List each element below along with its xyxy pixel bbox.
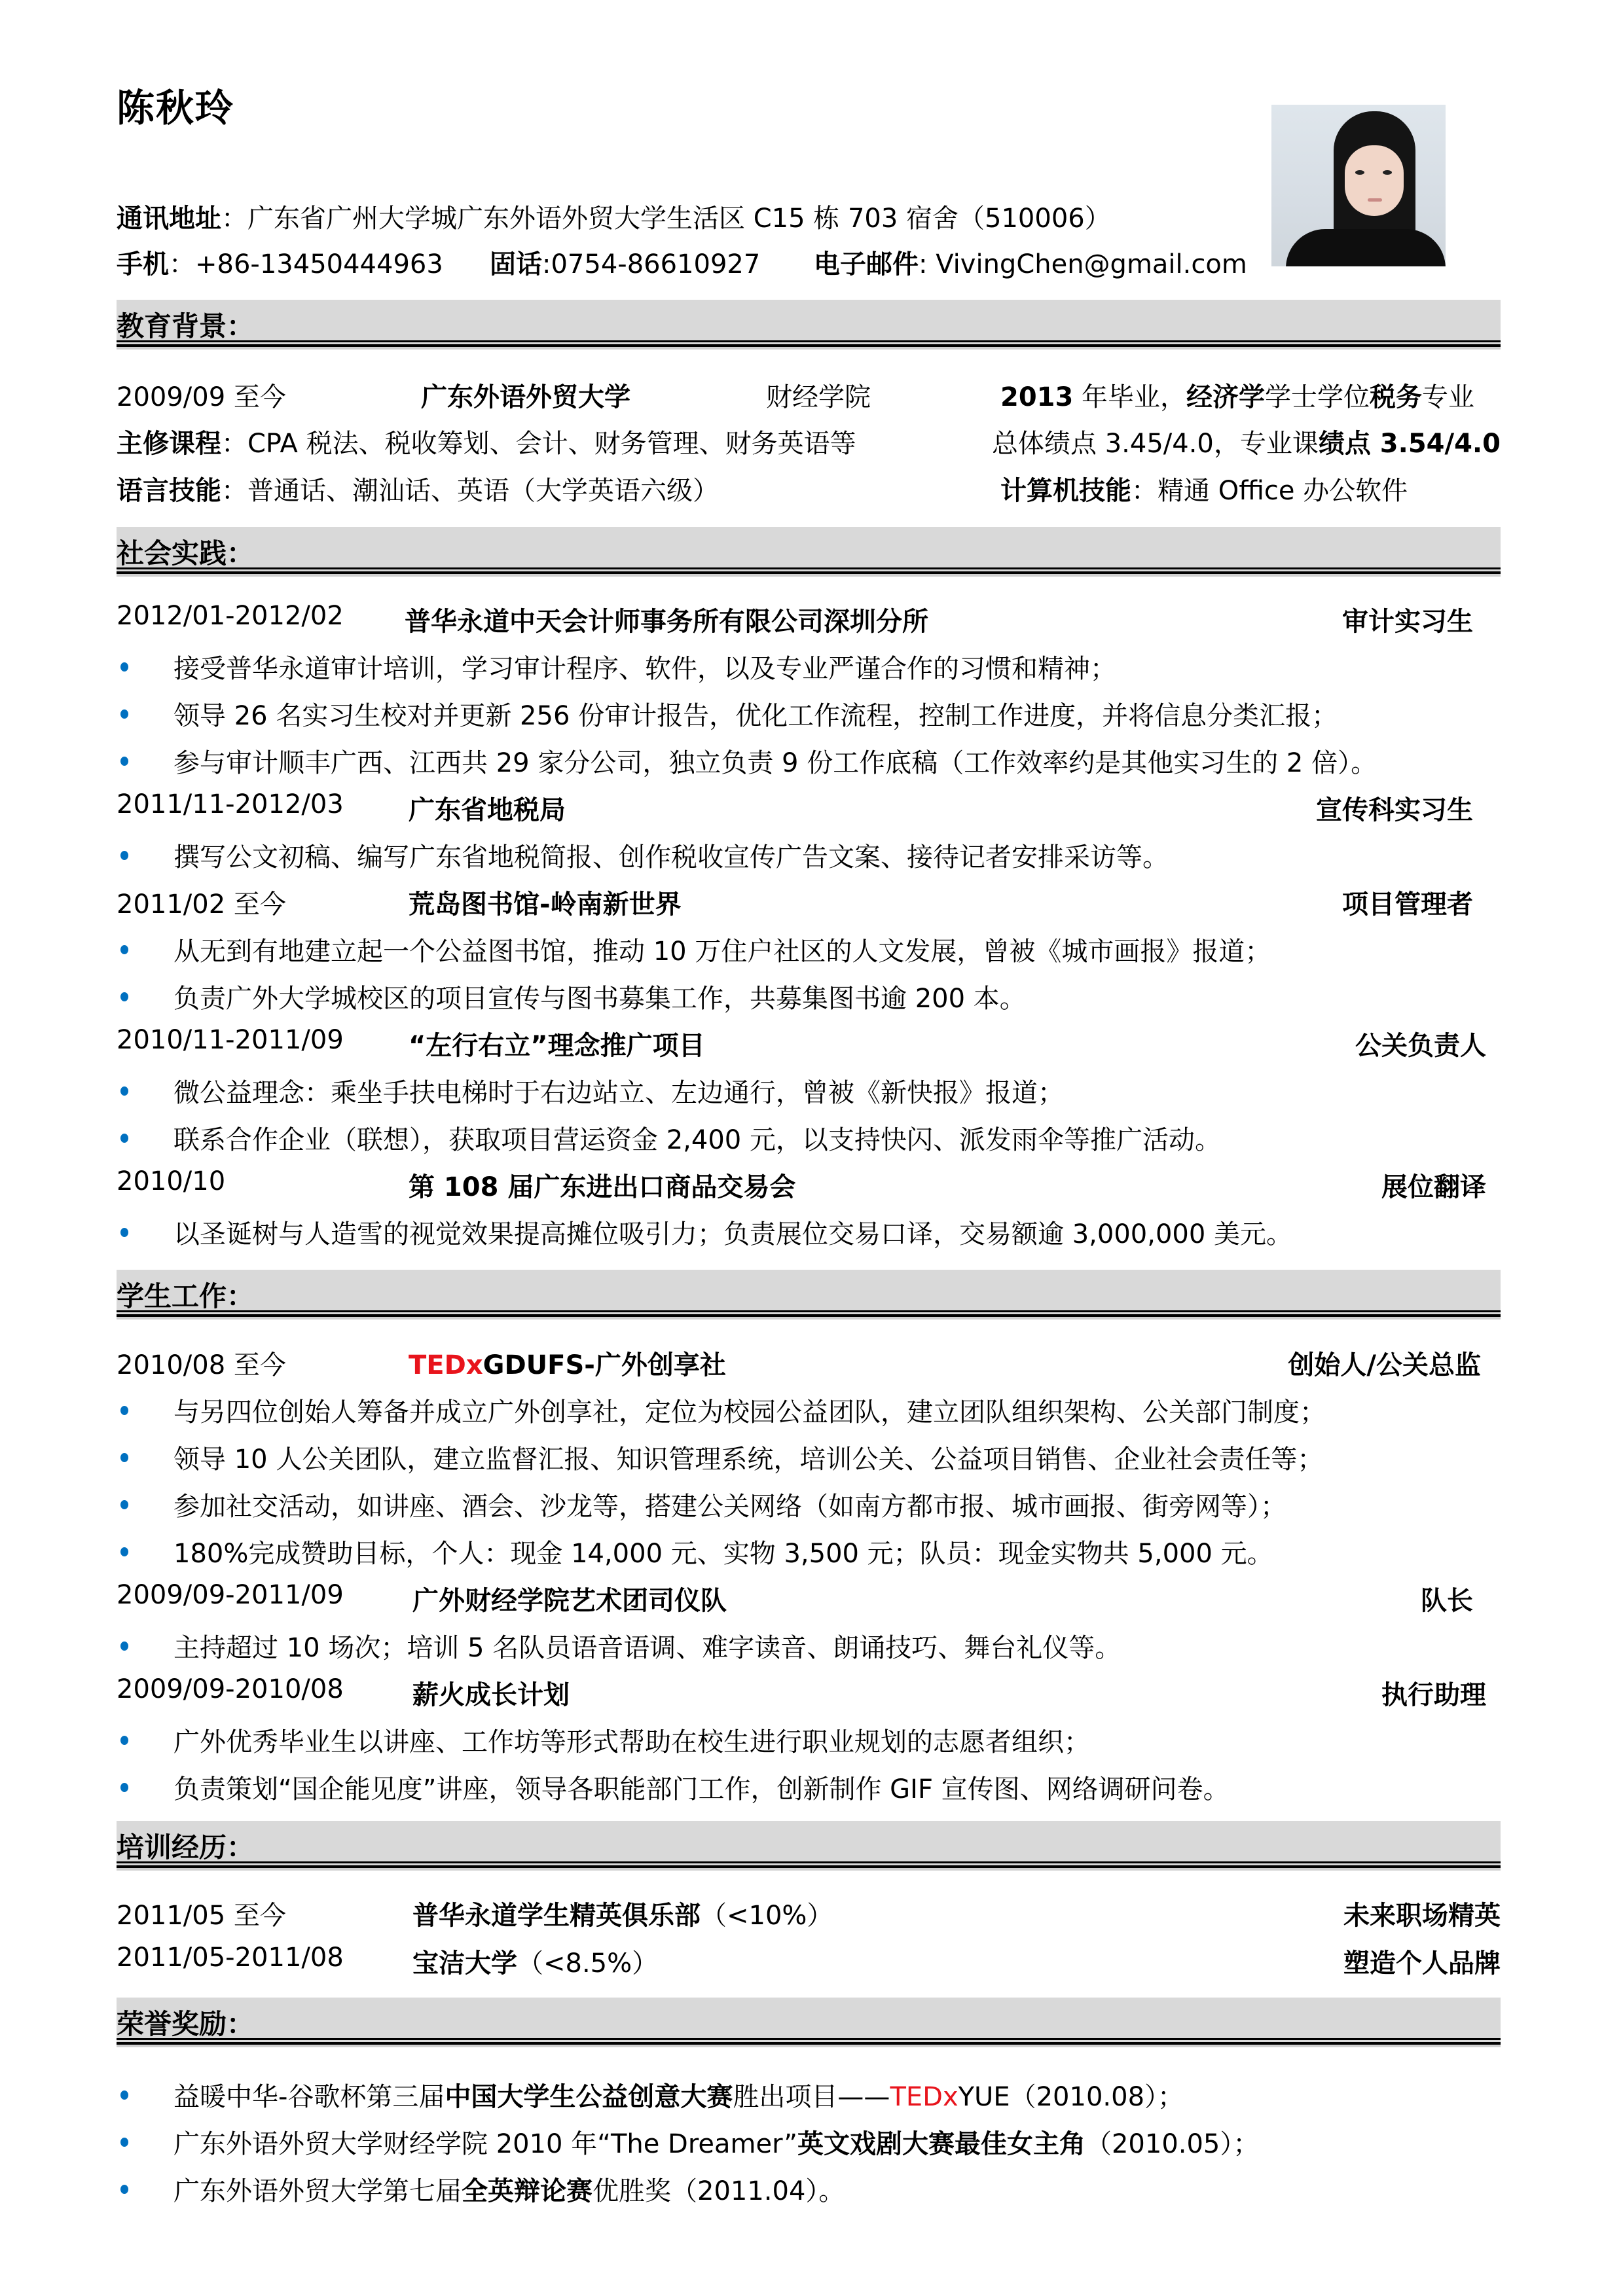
bullet-icon [120, 992, 128, 1001]
practice-entry: 2011/11-2012/03 广东省地税局 宣传科实习生 [117, 789, 1501, 826]
entry-role: 宣传科实习生 [1316, 789, 1473, 827]
entry-role: 执行助理 [1381, 1674, 1486, 1712]
bullet-text: 180%完成赞助目标，个人：现金 14,000 元、实物 3,500 元；队员：… [173, 1533, 1273, 1570]
section-title: 培训经历： [117, 1826, 254, 1865]
photo-mouth [1368, 198, 1382, 202]
mobile-value: ：+86-13450444963 [169, 249, 443, 279]
honor-text: 益暖中华-谷歌杯第三届中国大学生公益创意大赛胜出项目——TEDxYUE（2010… [173, 2076, 1184, 2113]
bullet-icon [120, 851, 128, 860]
gpa: 总体绩点 3.45/4.0，专业课绩点 3.54/4.0 [992, 423, 1501, 460]
entry-date: 2010/08 至今 [117, 1344, 286, 1382]
candidate-name: 陈秋玲 [117, 77, 234, 132]
entry-role: 创始人/公关总监 [1288, 1344, 1481, 1382]
org-name: GDUFS-广外创享社 [483, 1350, 726, 1380]
org-note: （<8.5%） [517, 1948, 658, 1979]
org-note: （<10%） [701, 1901, 833, 1931]
section-title: 教育背景： [117, 305, 254, 344]
entry-date: 2010/10 [117, 1166, 225, 1196]
grad-text: 年毕业， [1073, 382, 1186, 412]
org-name: 普华永道学生精英俱乐部 [412, 1901, 701, 1931]
bullet-text: 参加社交活动，如讲座、酒会、沙龙等，搭建公关网络（如南方都市报、城市画报、街旁网… [173, 1486, 1286, 1523]
major-suffix: 专业 [1422, 382, 1474, 412]
section-divider [117, 567, 1501, 577]
entry-role: 队长 [1421, 1580, 1473, 1617]
email: 电子邮件: VivingChen@gmail.com [814, 243, 1247, 281]
honor-post: YUE（2010.08）； [958, 2082, 1184, 2112]
honor-post: （2010.05）； [1085, 2129, 1259, 2159]
edu-degree: 2013 年毕业，经济学学士学位税务专业 [1000, 376, 1474, 414]
training-entry: 2011/05-2011/08 宝洁大学（<8.5%） 塑造个人品牌 [117, 1943, 1501, 1979]
honor-text: 广东外语外贸大学财经学院 2010 年“The Dreamer”英文戏剧大赛最佳… [173, 2123, 1259, 2161]
bullet-icon [120, 1547, 128, 1556]
address-line: 通讯地址：广东省广州大学城广东外语外贸大学生活区 C15 栋 703 宿舍（51… [117, 198, 1111, 235]
gpa-major: 绩点 3.54/4.0 [1319, 429, 1501, 459]
entry-org: 普华永道学生精英俱乐部（<10%） [412, 1895, 833, 1932]
entry-org: “左行右立”理念推广项目 [409, 1025, 705, 1062]
email-value[interactable]: : VivingChen@gmail.com [919, 249, 1247, 279]
honor-text: 广东外语外贸大学第七届全英辩论赛优胜奖（2011.04）。 [173, 2170, 845, 2208]
section-practice: 社会实践： [117, 527, 1501, 567]
address-value: ：广东省广州大学城广东外语外贸大学生活区 C15 栋 703 宿舍（510006… [221, 204, 1111, 234]
section-student-work: 学生工作： [117, 1270, 1501, 1310]
mobile-label: 手机 [117, 249, 169, 279]
bullet-text: 参与审计顺丰广西、江西共 29 家分公司，独立负责 9 份工作底稿（工作效率约是… [173, 742, 1377, 780]
honor-award: 英文戏剧大赛最佳女主角 [797, 2129, 1085, 2159]
bullet-text: 微公益理念：乘坐手扶电梯时于右边站立、左边通行，曾被《新快报》报道； [173, 1072, 1064, 1109]
bullet-icon [120, 1453, 128, 1462]
bullet-text: 广外优秀毕业生以讲座、工作坊等形式帮助在校生进行职业规划的志愿者组织； [173, 1721, 1090, 1759]
bullet-text: 与另四位创始人筹备并成立广外创享社，定位为校园公益团队，建立团队组织架构、公关部… [173, 1391, 1326, 1429]
bullet-icon [120, 1406, 128, 1415]
section-divider [117, 1861, 1501, 1871]
bullet-icon [120, 1500, 128, 1509]
bullet-text: 从无到有地建立起一个公益图书馆，推动 10 万住户社区的人文发展，曾被《城市画报… [173, 931, 1271, 968]
honor-award: 全英辩论赛 [462, 2176, 593, 2206]
student-entry: 2009/09-2011/09 广外财经学院艺术团司仪队 队长 [117, 1580, 1501, 1617]
org-name: 宝洁大学 [412, 1948, 517, 1979]
computer-skills: 计算机技能：精通 Office 办公软件 [1000, 470, 1408, 507]
entry-role: 项目管理者 [1342, 884, 1473, 921]
entry-org: 普华永道中天会计师事务所有限公司深圳分所 [405, 601, 928, 638]
skills-row: 语言技能：普通话、潮汕话、英语（大学英语六级） 计算机技能：精通 Office … [117, 470, 1501, 507]
entry-date: 2009/09-2011/09 [117, 1580, 344, 1610]
language-skills: 语言技能：普通话、潮汕话、英语（大学英语六级） [117, 470, 719, 507]
practice-entry: 2010/10 第 108 届广东进出口商品交易会 展位翻译 [117, 1166, 1501, 1203]
courses-value: ：CPA 税法、税收筹划、会计、财务管理、财务英语等 [221, 429, 856, 459]
bullet-text: 领导 10 人公关团队，建立监督汇报、知识管理系统，培训公关、公益项目销售、企业… [173, 1439, 1323, 1476]
bullet-text: 负责策划“国企能见度”讲座，领导各职能部门工作，创新制作 GIF 宣传图、网络调… [173, 1768, 1230, 1806]
bullet-icon [120, 945, 128, 954]
bullet-icon [120, 1134, 128, 1143]
bullet-text: 联系合作企业（联想），获取项目营运资金 2,400 元，以支持快闪、派发雨伞等推… [173, 1119, 1221, 1157]
section-honors: 荣誉奖励： [117, 1998, 1501, 2038]
entry-org: TEDxGDUFS-广外创享社 [409, 1344, 726, 1382]
entry-date: 2012/01-2012/02 [117, 601, 344, 631]
mobile: 手机：+86-13450444963 [117, 243, 443, 281]
section-divider [117, 2038, 1501, 2047]
phone-value: :0754-86610927 [542, 249, 760, 279]
entry-date: 2010/11-2011/09 [117, 1025, 344, 1055]
section-title: 学生工作： [117, 1275, 254, 1314]
bullet-icon [120, 709, 128, 719]
section-title: 荣誉奖励： [117, 2003, 254, 2042]
bullet-icon [120, 2185, 128, 2194]
education-row: 2009/09 至今 广东外语外贸大学 财经学院 2013 年毕业，经济学学士学… [117, 376, 1501, 413]
entry-org: 宝洁大学（<8.5%） [412, 1943, 658, 1980]
section-education: 教育背景： [117, 300, 1501, 340]
bullet-icon [120, 1641, 128, 1651]
bullet-icon [120, 1228, 128, 1237]
courses-row: 主修课程：CPA 税法、税收筹划、会计、财务管理、财务英语等 总体绩点 3.45… [117, 423, 1501, 459]
computer-label: 计算机技能 [1000, 476, 1131, 506]
gpa-text: 总体绩点 3.45/4.0，专业课 [992, 429, 1319, 459]
photo-face [1345, 145, 1404, 216]
computer-value: ：精通 Office 办公软件 [1131, 476, 1408, 506]
practice-entry: 2012/01-2012/02 普华永道中天会计师事务所有限公司深圳分所 审计实… [117, 601, 1501, 637]
edu-school: 广东外语外贸大学 [421, 376, 630, 414]
edu-college: 财经学院 [766, 376, 871, 414]
practice-entry: 2010/11-2011/09 “左行右立”理念推广项目 公关负责人 [117, 1025, 1501, 1062]
phone-label: 固话 [490, 249, 542, 279]
entry-date: 2011/05 至今 [117, 1895, 286, 1932]
bullet-text: 主持超过 10 场次；培训 5 名队员语音语调、难字读音、朗诵技巧、舞台礼仪等。 [173, 1627, 1121, 1664]
entry-date: 2011/02 至今 [117, 884, 286, 921]
bullet-text: 以圣诞树与人造雪的视觉效果提高摊位吸引力；负责展位交易口译，交易额逾 3,000… [173, 1213, 1292, 1251]
bullet-text: 撰写公文初稿、编写广东省地税简报、创作税收宣传广告文案、接待记者安排采访等。 [173, 836, 1169, 874]
lang-label: 语言技能 [117, 476, 221, 506]
entry-org: 广东省地税局 [409, 789, 566, 827]
bullet-icon [120, 2138, 128, 2147]
photo-body [1286, 229, 1446, 266]
entry-org: 薪火成长计划 [412, 1674, 570, 1712]
bullet-icon [120, 662, 128, 672]
training-entry: 2011/05 至今 普华永道学生精英俱乐部（<10%） 未来职场精英 [117, 1895, 1501, 1931]
courses: 主修课程：CPA 税法、税收筹划、会计、财务管理、财务英语等 [117, 423, 856, 460]
email-label: 电子邮件 [814, 249, 919, 279]
student-entry: 2009/09-2010/08 薪火成长计划 执行助理 [117, 1674, 1501, 1711]
bullet-text: 领导 26 名实习生校对并更新 256 份审计报告，优化工作流程，控制工作进度，… [173, 695, 1338, 732]
entry-org: 荒岛图书馆-岭南新世界 [409, 884, 682, 921]
section-divider [117, 340, 1501, 350]
grad-year: 2013 [1000, 382, 1073, 412]
entry-date: 2009/09-2010/08 [117, 1674, 344, 1704]
photo-eye [1383, 170, 1392, 175]
honor-pre: 广东外语外贸大学第七届 [173, 2176, 462, 2206]
honor-award: 中国大学生公益创意大赛 [445, 2082, 733, 2112]
honor-mid: 胜出项目—— [733, 2082, 890, 2112]
bullet-icon [120, 1783, 128, 1792]
degree-type: 学士学位 [1265, 382, 1370, 412]
edu-date: 2009/09 至今 [117, 376, 286, 414]
section-title: 社会实践： [117, 532, 254, 571]
entry-role: 展位翻译 [1381, 1166, 1486, 1204]
profile-photo [1271, 105, 1446, 266]
bullet-text: 负责广外大学城校区的项目宣传与图书募集工作，共募集图书逾 200 本。 [173, 978, 1026, 1015]
entry-role: 未来职场精英 [1343, 1895, 1501, 1932]
entry-org: 第 108 届广东进出口商品交易会 [409, 1166, 795, 1204]
entry-role: 塑造个人品牌 [1343, 1943, 1501, 1980]
bullet-icon [120, 757, 128, 766]
phone: 固话:0754-86610927 [490, 243, 760, 281]
student-entry: 2010/08 至今 TEDxGDUFS-广外创享社 创始人/公关总监 [117, 1344, 1501, 1381]
entry-date: 2011/11-2012/03 [117, 789, 344, 819]
section-training: 培训经历： [117, 1821, 1501, 1861]
honor-pre: 益暖中华-谷歌杯第三届 [173, 2082, 445, 2112]
entry-role: 公关负责人 [1355, 1025, 1486, 1062]
contact-line: 手机：+86-13450444963 固话:0754-86610927 电子邮件… [117, 243, 1269, 280]
bullet-text: 接受普华永道审计培训，学习审计程序、软件，以及专业严谨合作的习惯和精神； [173, 648, 1116, 685]
bullet-icon [120, 1736, 128, 1745]
courses-label: 主修课程 [117, 429, 221, 459]
bullet-icon [120, 1086, 128, 1096]
degree: 经济学 [1186, 382, 1265, 412]
bullet-icon [120, 2090, 128, 2100]
tedx-brand: TEDx [409, 1350, 483, 1380]
practice-entry: 2011/02 至今 荒岛图书馆-岭南新世界 项目管理者 [117, 884, 1501, 920]
entry-date: 2011/05-2011/08 [117, 1943, 344, 1973]
honor-pre: 广东外语外贸大学财经学院 2010 年“The Dreamer” [173, 2129, 797, 2159]
address-label: 通讯地址 [117, 204, 221, 234]
honor-post: 优胜奖（2011.04）。 [593, 2176, 845, 2206]
entry-org: 广外财经学院艺术团司仪队 [412, 1580, 727, 1617]
tedx-brand: TEDx [890, 2082, 958, 2112]
photo-eye [1355, 170, 1364, 175]
section-divider [117, 1310, 1501, 1319]
entry-role: 审计实习生 [1342, 601, 1473, 638]
major: 税务 [1370, 382, 1422, 412]
lang-value: ：普通话、潮汕话、英语（大学英语六级） [221, 476, 719, 506]
